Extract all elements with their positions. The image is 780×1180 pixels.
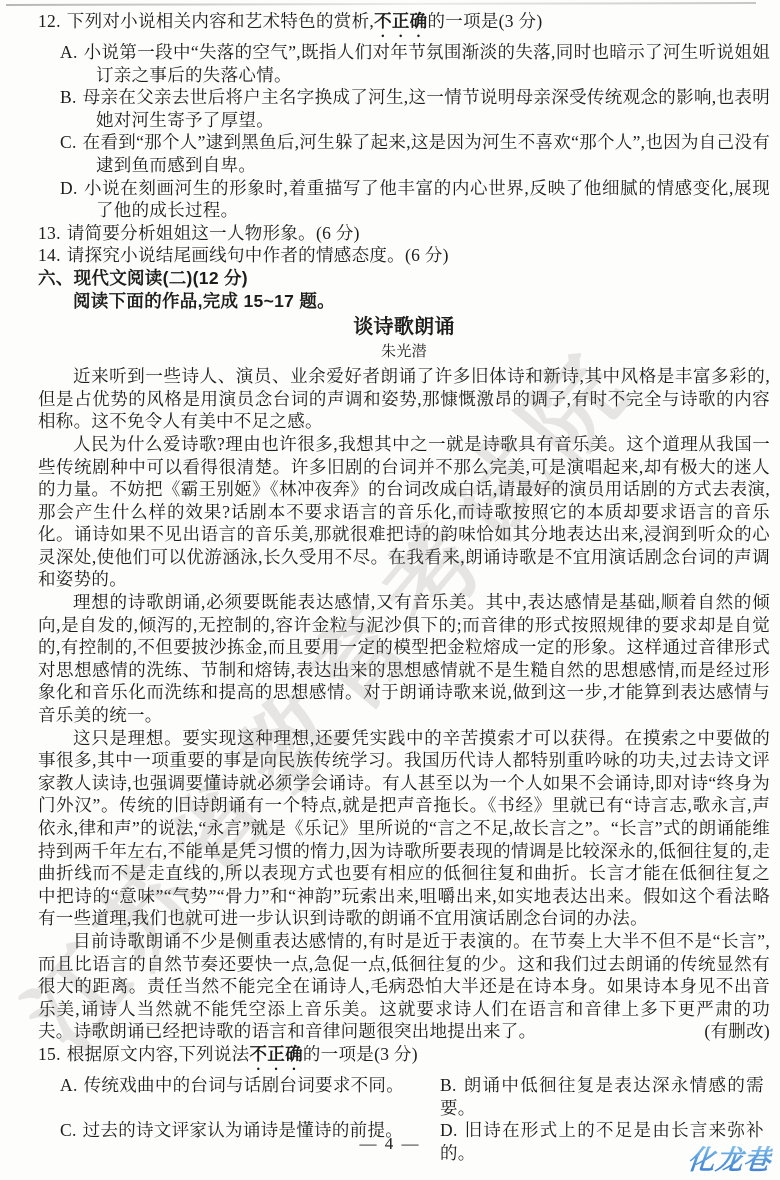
- page-number: — 4 —: [0, 1134, 780, 1154]
- option-12-d-text: 小说在刻画河生的形象时,着重描写了他丰富的内心世界,反映了他细腻的情感变化,展现…: [84, 178, 770, 221]
- hualongxiang-logo: 化龙巷: [686, 1138, 774, 1177]
- option-12-a: A.小说第一段中“失落的空气”,既指人们对年节氛围渐淡的失落,同时也暗示了河生听…: [38, 41, 770, 86]
- article-paragraph-5-text: 目前诗歌朗诵不少是侧重表达感情的,有时是近于表演的。在节奏上大半不但不是“长言”…: [38, 931, 770, 1041]
- question-13: 13.请简要分析姐姐这一人物形象。(6 分): [38, 222, 770, 245]
- question-12-text-pre: 下列对小说相关内容和艺术特色的赏析,: [67, 11, 374, 31]
- section-heading: 六、现代文阅读(二)(12 分): [38, 267, 770, 290]
- question-13-number: 13.: [38, 223, 61, 243]
- option-12-c-text: 在看到“那个人”逮到黑鱼后,河生躲了起来,这是因为河生不喜欢“那个人”,也因为自…: [83, 132, 770, 175]
- article-paragraph-2: 人民为什么爱诗歌?理由也许很多,我想其中之一就是诗歌具有音乐美。这个道理从我国一…: [38, 433, 770, 591]
- scan-artifact-line: [6, 2, 756, 6]
- option-12-a-label: A.: [60, 42, 78, 62]
- option-12-c: C.在看到“那个人”逮到黑鱼后,河生躲了起来,这是因为河生不喜欢“那个人”,也因…: [38, 131, 770, 176]
- question-15-text-post: 的一项是(3 分): [303, 1044, 418, 1064]
- section-instruction: 阅读下面的作品,完成 15~17 题。: [38, 290, 770, 313]
- question-12-emphasis: 不正确: [374, 11, 427, 31]
- option-12-d: D.小说在刻画河生的形象时,着重描写了他丰富的内心世界,反映了他细腻的情感变化,…: [38, 177, 770, 222]
- page-content: 12.下列对小说相关内容和艺术特色的赏析,不正确的一项是(3 分) A.小说第一…: [38, 10, 770, 1164]
- article-paragraph-5: 目前诗歌朗诵不少是侧重表达感情的,有时是近于表演的。在节奏上大半不但不是“长言”…: [38, 930, 770, 1043]
- question-14-text: 请探究小说结尾画线句中作者的情感态度。(6 分): [67, 245, 449, 265]
- option-15-a: A.传统戏曲中的台词与话剧台词要求不同。: [60, 1074, 440, 1119]
- option-12-b-text: 母亲在父亲去世后将户主名字换成了河生,这一情节说明母亲深受传统观念的影响,也表明…: [83, 87, 770, 130]
- option-12-d-label: D.: [60, 178, 78, 198]
- article-attribution: (有删改): [669, 1020, 770, 1043]
- option-15-a-label: A.: [60, 1075, 78, 1095]
- article-title: 谈诗歌朗诵: [38, 314, 770, 341]
- option-15-a-text: 传统戏曲中的台词与话剧台词要求不同。: [84, 1075, 404, 1095]
- article-author: 朱光潜: [38, 341, 770, 363]
- question-14: 14.请探究小说结尾画线句中作者的情感态度。(6 分): [38, 244, 770, 267]
- option-15-b-label: B.: [440, 1075, 457, 1095]
- question-13-text: 请简要分析姐姐这一人物形象。(6 分): [67, 223, 360, 243]
- article-paragraph-3: 理想的诗歌朗诵,必须要既能表达感情,又有音乐美。其中,表达感情是基础,顺着自然的…: [38, 591, 770, 727]
- question-12-text-post: 的一项是(3 分): [427, 11, 542, 31]
- article-paragraph-1: 近来听到一些诗人、演员、业余爱好者朗诵了许多旧体诗和新诗,其中风格是丰富多彩的,…: [38, 365, 770, 433]
- option-12-b-label: B.: [60, 87, 77, 107]
- option-15-b: B.朗诵中低徊往复是表达深永情感的需要。: [440, 1074, 770, 1119]
- question-15-number: 15.: [38, 1044, 61, 1064]
- option-12-c-label: C.: [60, 132, 77, 152]
- option-12-a-text: 小说第一段中“失落的空气”,既指人们对年节氛围渐淡的失落,同时也暗示了河生听说姐…: [84, 42, 770, 85]
- question-15-emphasis: 不正确: [249, 1044, 302, 1064]
- question-12-stem: 12.下列对小说相关内容和艺术特色的赏析,不正确的一项是(3 分): [38, 10, 770, 41]
- question-15-stem: 15.根据原文内容,下列说法不正确的一项是(3 分): [38, 1043, 770, 1074]
- article-paragraph-4: 这只是理想。要实现这种理想,还要凭实践中的辛苦摸索才可以获得。在摸索之中要做的事…: [38, 727, 770, 930]
- question-14-number: 14.: [38, 245, 61, 265]
- option-15-b-text: 朗诵中低徊往复是表达深永情感的需要。: [440, 1075, 764, 1118]
- option-12-b: B.母亲在父亲去世后将户主名字换成了河生,这一情节说明母亲深受传统观念的影响,也…: [38, 86, 770, 131]
- question-12-number: 12.: [38, 11, 61, 31]
- exam-page: 江苏省教育考试院 12.下列对小说相关内容和艺术特色的赏析,不正确的一项是(3 …: [0, 0, 780, 1180]
- question-15-text-pre: 根据原文内容,下列说法: [67, 1044, 250, 1064]
